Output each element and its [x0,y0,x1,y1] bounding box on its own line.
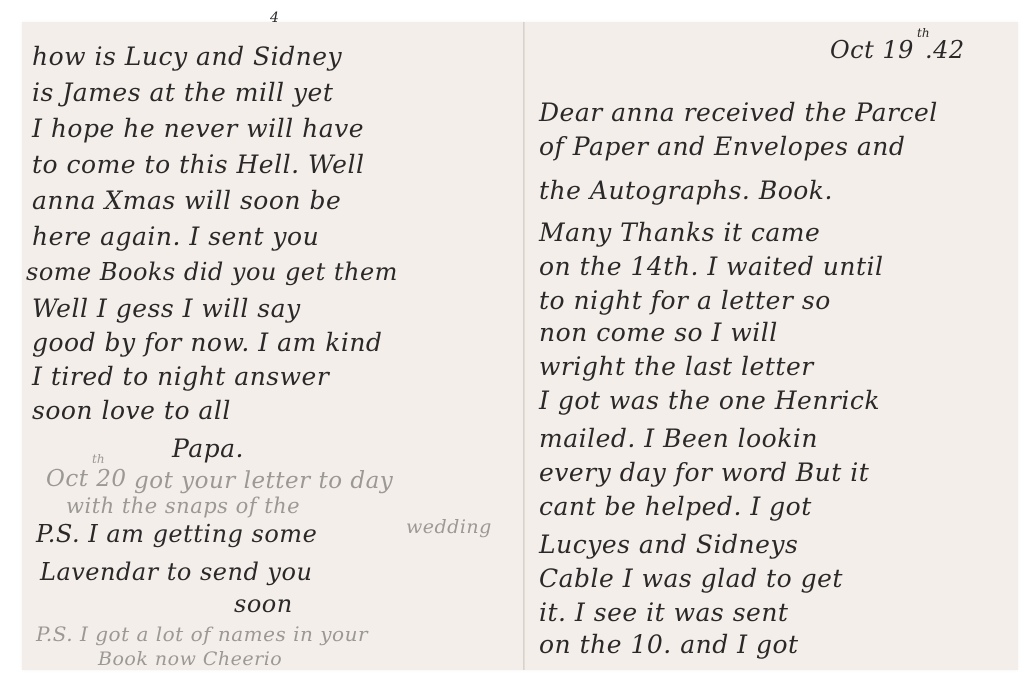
left-line-3: I hope he never will have [32,114,364,143]
right-line-2: of Paper and Envelopes and [539,132,905,161]
right-line-1: Dear anna received the Parcel [539,98,938,127]
left-line-5: anna Xmas will soon be [32,186,341,215]
left-page: 4 how is Lucy and Sidney is James at the… [22,22,522,670]
right-line-4: Many Thanks it came [539,218,820,247]
right-line-7: non come so I will [539,318,778,347]
right-line-11: every day for word But it [539,458,869,487]
right-line-3: the Autographs. Book. [539,176,833,205]
postscript-line-3: soon [234,590,293,618]
right-line-12: cant be helped. I got [539,492,812,521]
left-line-2: is James at the mill yet [32,78,333,107]
pencil-postscript-line-1: P.S. I got a lot of names in your [36,622,368,646]
right-page: Oct 19 th .42 Dear anna received the Par… [525,22,1018,670]
pencil-note-line-1: got your letter to day [134,468,393,494]
letter-date: Oct 19 [830,36,914,64]
pencil-note-date: Oct 20 [46,466,127,492]
right-line-8: wright the last letter [539,352,814,381]
left-line-7: some Books did you get them [26,258,398,286]
right-line-5: on the 14th. I waited until [539,252,884,281]
left-line-11: soon love to all [32,396,231,425]
pencil-note-line-2: with the snaps of the [66,494,300,518]
pencil-note-line-2-extra: wedding [406,516,492,538]
left-line-4: to come to this Hell. Well [32,150,364,179]
letter-date-year: .42 [925,36,965,64]
right-line-9: I got was the one Henrick [539,386,880,415]
left-line-9: good by for now. I am kind [32,328,382,357]
right-line-16: on the 10. and I got [539,630,799,659]
right-line-6: to night for a letter so [539,286,831,315]
right-line-10: mailed. I Been lookin [539,424,818,453]
right-line-14: Cable I was glad to get [539,564,843,593]
right-line-13: Lucyes and Sidneys [539,530,798,559]
left-line-8: Well I gess I will say [32,294,301,323]
left-line-10: I tired to night answer [32,362,329,391]
signature: Papa. [172,434,244,463]
postscript-line-2: Lavendar to send you [40,558,312,586]
left-line-6: here again. I sent you [32,222,319,251]
page-number: 4 [270,10,279,26]
right-line-15: it. I see it was sent [539,598,788,627]
postscript-line-1: P.S. I am getting some [36,520,317,548]
left-line-1: how is Lucy and Sidney [32,42,342,71]
pencil-note-date-suffix: th [92,452,105,466]
pencil-postscript-line-2: Book now Cheerio [98,648,282,670]
